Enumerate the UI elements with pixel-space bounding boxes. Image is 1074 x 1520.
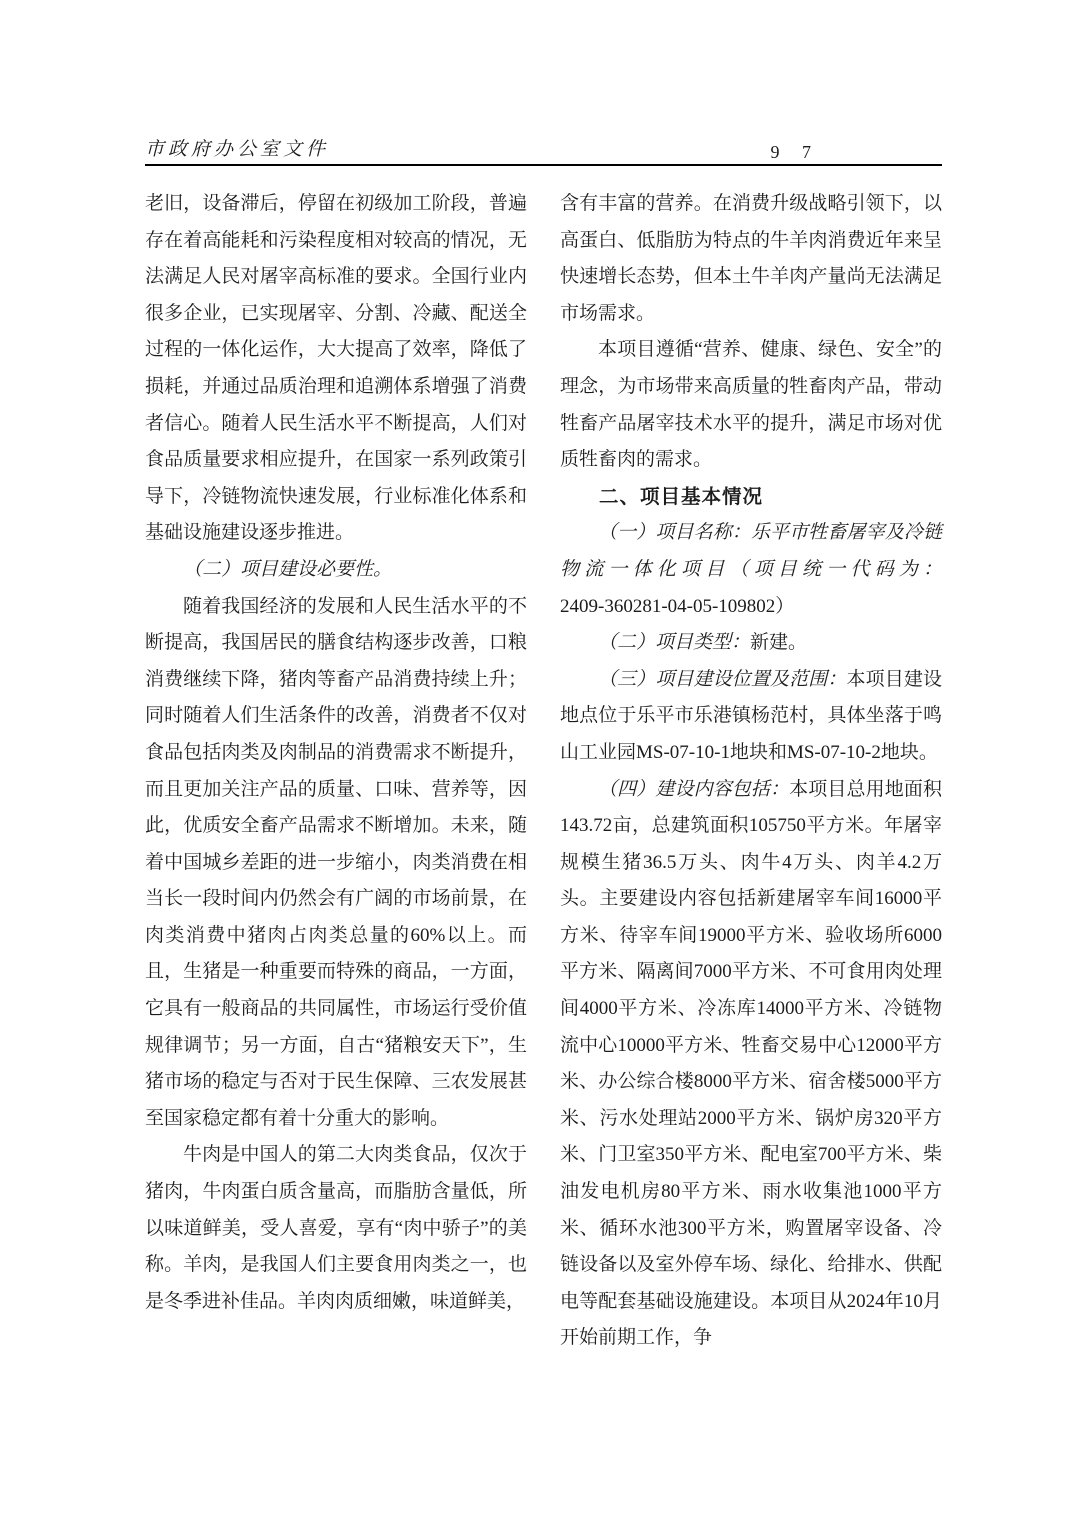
right-column: 含有丰富的营养。在消费升级战略引领下，以高蛋白、低脂肪为特点的牛羊肉消费近年来呈… [560,186,942,1357]
paragraph-necessity: 随着我国经济的发展和人民生活水平的不断提高，我国居民的膳食结构逐步改善，口粮消费… [145,589,527,1138]
paragraph-item-construction-content: （四）建设内容包括：本项目总用地面积143.72亩，总建筑面积105750平方米… [560,772,942,1358]
paragraph-beef-mutton: 牛肉是中国人的第二大肉类食品，仅次于猪肉，牛肉蛋白质含量高，而脂肪含量低，所以味… [145,1137,527,1320]
paragraph-item-location: （三）项目建设位置及范围：本项目建设地点位于乐平市乐港镇杨范村，具体坐落于鸣山工… [560,662,942,772]
item1-project-code: 2409-360281-04-05-109802） [560,596,794,617]
header-doc-label: 市政府办公室文件 [145,137,329,164]
paragraph-project-concept: 本项目遵循“营养、健康、绿色、安全”的理念，为市场带来高质量的牲畜肉产品，带动牲… [560,332,942,478]
item3-label: （三）项目建设位置及范围： [598,669,847,690]
paragraph-mutton-continued: 含有丰富的营养。在消费升级战略引领下，以高蛋白、低脂肪为特点的牛羊肉消费近年来呈… [560,186,942,332]
section-heading-basic-info: 二、项目基本情况 [560,479,942,516]
page-header: 市政府办公室文件 9 7 [145,130,942,164]
item4-label: （四）建设内容包括： [598,779,789,800]
page-number: 9 7 [771,142,943,164]
item4-text: 本项目总用地面积143.72亩，总建筑面积105750平方米。年屠宰规模生猪36… [560,779,942,1349]
section-heading-necessity: （二）项目建设必要性。 [145,552,527,589]
item1-label: （一）项目名称： [598,522,751,543]
document-body: 老旧，设备滞后，停留在初级加工阶段，普遍存在着高能耗和污染程度相对较高的情况，无… [145,186,942,1357]
paragraph-industry-status: 老旧，设备滞后，停留在初级加工阶段，普遍存在着高能耗和污染程度相对较高的情况，无… [145,186,527,552]
paragraph-item-project-type: （二）项目类型：新建。 [560,625,942,662]
item2-label: （二）项目类型： [598,632,750,653]
left-column: 老旧，设备滞后，停留在初级加工阶段，普遍存在着高能耗和污染程度相对较高的情况，无… [145,186,527,1357]
header-rule [145,164,942,166]
paragraph-item-project-name: （一）项目名称：乐平市牲畜屠宰及冷链物流一体化项目（项目统一代码为：2409-3… [560,515,942,625]
document-page: 市政府办公室文件 9 7 老旧，设备滞后，停留在初级加工阶段，普遍存在着高能耗和… [0,0,1074,1520]
item2-text: 新建。 [750,632,807,653]
